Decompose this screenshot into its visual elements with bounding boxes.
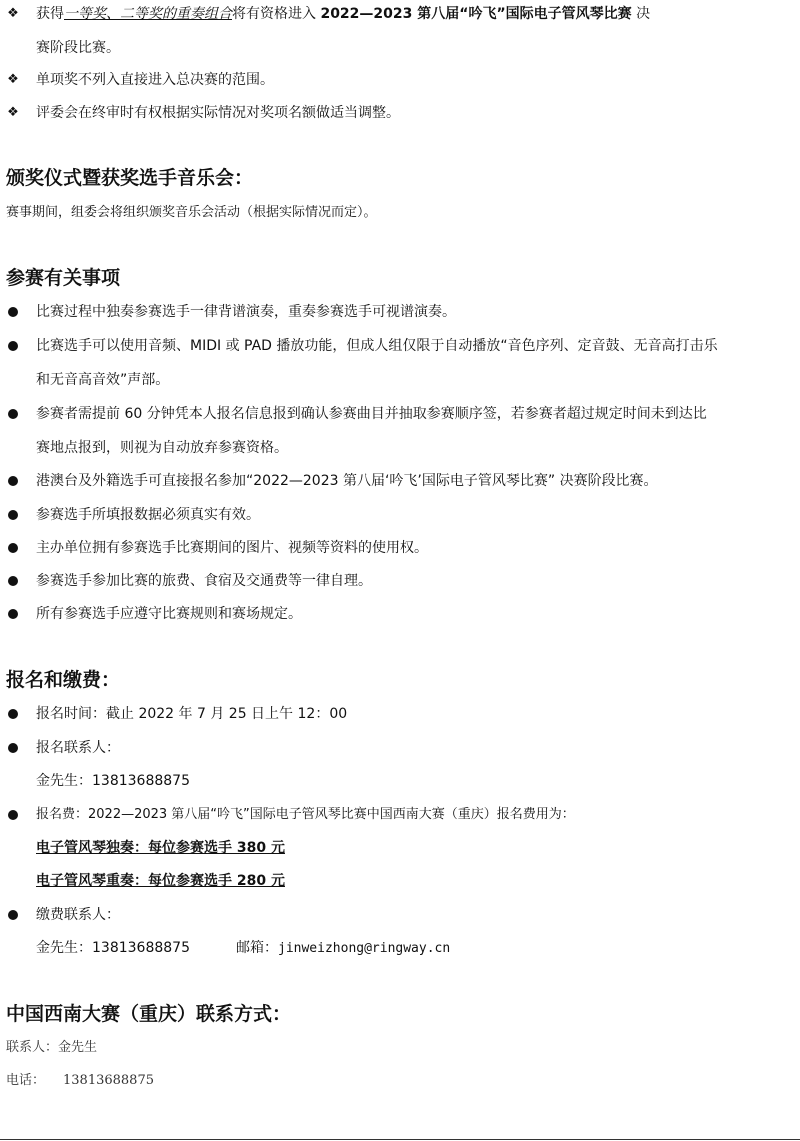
bullet-dot-icon (6, 905, 20, 926)
participation-item-2: 比赛选手可以使用音频、MIDI 或 PAD 播放功能，但成人组仅限于自动播放“音… (36, 336, 718, 356)
awards-note-1-continuation: 赛阶段比赛。 (36, 38, 120, 58)
contact-phone-label: 电话： (6, 1073, 45, 1088)
footer-divider (0, 1139, 800, 1140)
note-emphasis: 一等奖、二等奖的重奏组合 (64, 6, 232, 22)
bullet-dot-icon (6, 604, 20, 625)
note-suffix: 决 (632, 6, 650, 22)
bullet-dot-icon (6, 805, 20, 826)
participation-item-3: 参赛者需提前 60 分钟凭本人报名信息报到确认参赛曲目并抽取参赛顺序签，若参赛者… (36, 404, 707, 424)
contact-phone-row: 电话：13813688875 (6, 1071, 154, 1091)
contact-heading: 中国西南大赛（重庆）联系方式： (6, 1002, 291, 1026)
awards-note-1: 获得一等奖、二等奖的重奏组合将有资格进入 2022—2023 第八届“吟飞”国际… (36, 4, 650, 24)
payment-email-row: 邮箱：jinweizhong@ringway.cn (236, 938, 450, 959)
fee-ensemble: 电子管风琴重奏：每位参赛选手 280 元 (36, 871, 285, 891)
email-link[interactable]: jinweizhong@ringway.cn (278, 941, 450, 956)
participation-item-5: 参赛选手所填报数据必须真实有效。 (36, 505, 260, 525)
contact-person-row: 联系人：金先生 (6, 1038, 97, 1058)
diamond-bullet-icon: ❖ (6, 70, 20, 90)
competition-name: 2022—2023 第八届“吟飞”国际电子管风琴比赛 (320, 6, 631, 22)
bullet-dot-icon (6, 505, 20, 526)
note-prefix: 获得 (36, 6, 64, 22)
participation-item-6: 主办单位拥有参赛选手比赛期间的图片、视频等资料的使用权。 (36, 538, 428, 558)
registration-heading: 报名和缴费： (6, 668, 120, 692)
awards-note-2: 单项奖不列入直接进入总决赛的范围。 (36, 70, 274, 90)
participation-item-4: 港澳台及外籍选手可直接报名参加“2022—2023 第八届‘吟飞’国际电子管风琴… (36, 471, 658, 491)
participation-item-3-continuation: 赛地点报到，则视为自动放弃参赛资格。 (36, 438, 288, 458)
participation-item-8: 所有参赛选手应遵守比赛规则和赛场规定。 (36, 604, 302, 624)
bullet-dot-icon (6, 404, 20, 425)
registration-contact-label: 报名联系人： (36, 738, 120, 758)
bullet-dot-icon (6, 336, 20, 357)
note-middle: 将有资格进入 (232, 6, 320, 22)
bullet-dot-icon (6, 571, 20, 592)
bullet-dot-icon (6, 538, 20, 559)
registration-contact-value: 金先生：13813688875 (36, 771, 190, 791)
bullet-dot-icon (6, 471, 20, 492)
ceremony-heading: 颁奖仪式暨获奖选手音乐会： (6, 166, 253, 190)
bullet-dot-icon (6, 738, 20, 759)
diamond-bullet-icon: ❖ (6, 103, 20, 123)
participation-heading: 参赛有关事项 (6, 266, 120, 290)
fee-intro: 报名费：2022—2023 第八届“吟飞”国际电子管风琴比赛中国西南大赛（重庆）… (36, 805, 575, 825)
bullet-dot-icon (6, 704, 20, 725)
payment-contact-label: 缴费联系人： (36, 905, 120, 925)
awards-note-3: 评委会在终审时有权根据实际情况对奖项名额做适当调整。 (36, 103, 400, 123)
bullet-dot-icon (6, 302, 20, 323)
email-label: 邮箱： (236, 940, 278, 956)
participation-item-2-continuation: 和无音高音效”声部。 (36, 370, 169, 390)
participation-item-7: 参赛选手参加比赛的旅费、食宿及交通费等一律自理。 (36, 571, 372, 591)
contact-person-label: 联系人： (6, 1040, 58, 1055)
registration-deadline: 报名时间：截止 2022 年 7 月 25 日上午 12：00 (36, 704, 347, 724)
fee-solo: 电子管风琴独奏：每位参赛选手 380 元 (36, 838, 285, 858)
contact-person: 金先生 (58, 1040, 97, 1055)
ceremony-body: 赛事期间，组委会将组织颁奖音乐会活动（根据实际情况而定）。 (6, 203, 377, 223)
participation-item-1: 比赛过程中独奏参赛选手一律背谱演奏，重奏参赛选手可视谱演奏。 (36, 302, 456, 322)
payment-contact-value: 金先生：13813688875 (36, 938, 190, 958)
contact-phone: 13813688875 (63, 1073, 154, 1088)
diamond-bullet-icon: ❖ (6, 4, 20, 24)
